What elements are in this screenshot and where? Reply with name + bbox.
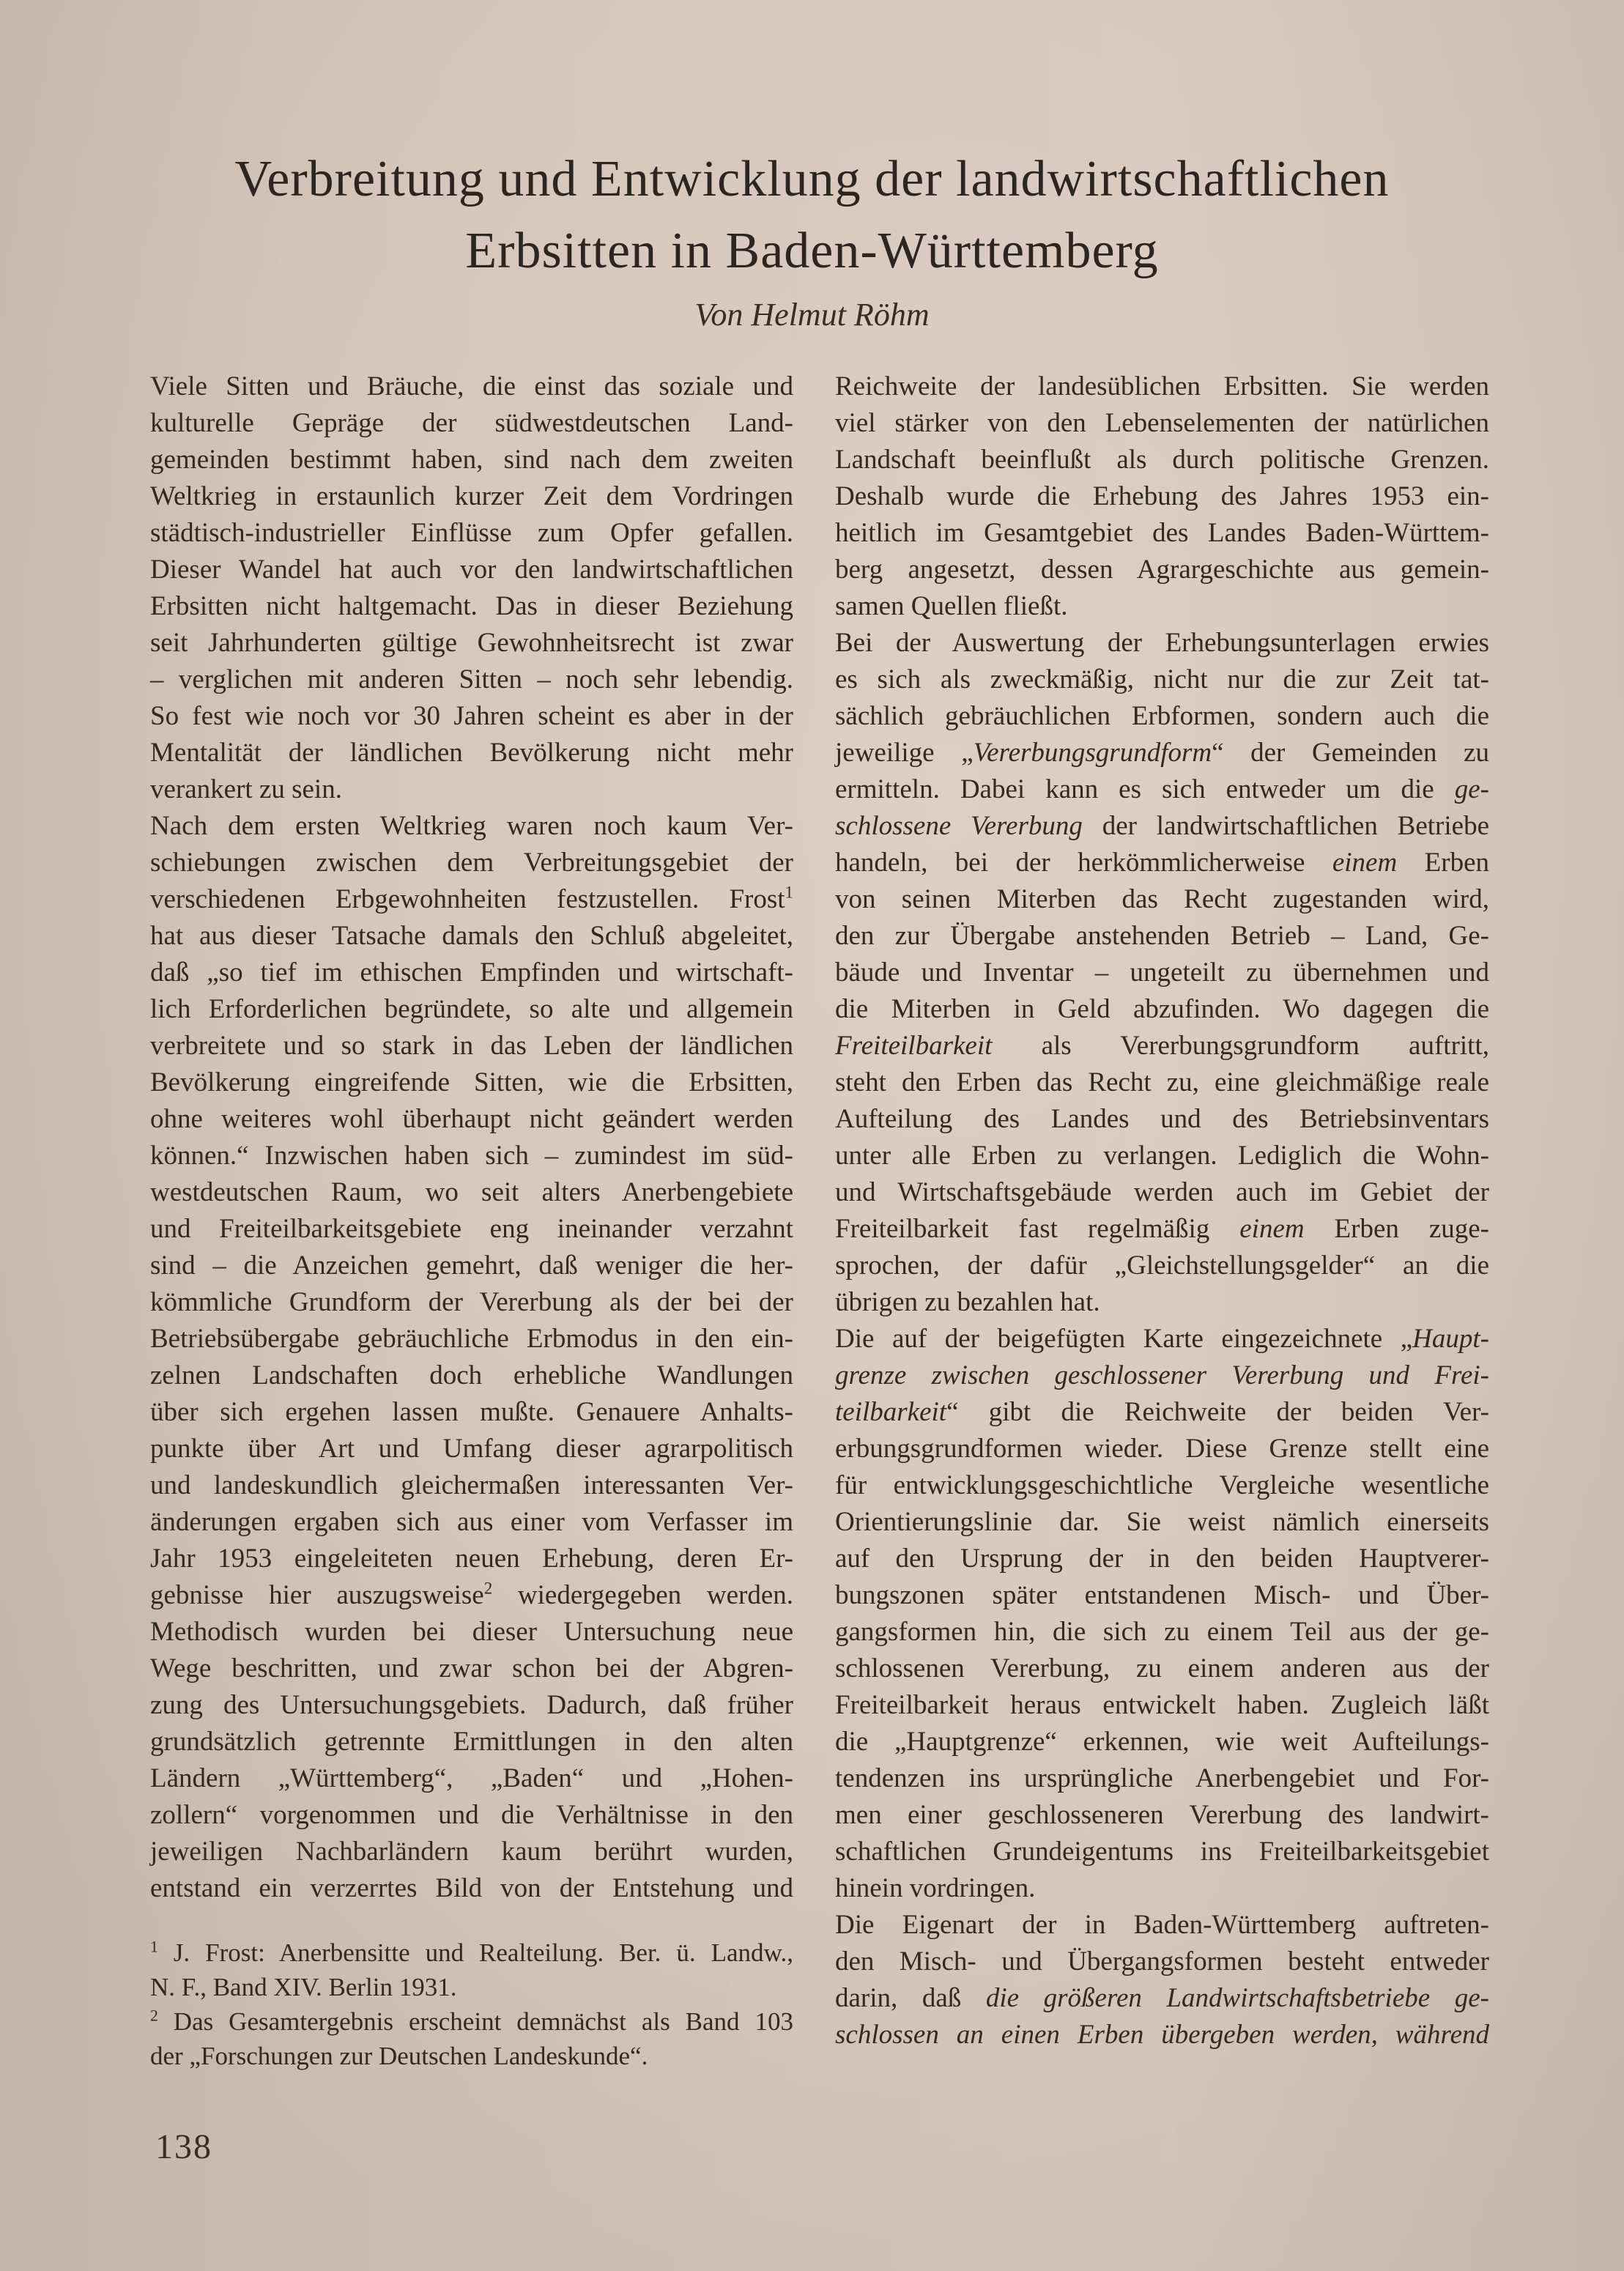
scanned-page: Verbreitung und Entwicklung der landwirt… (0, 0, 1624, 2271)
text-line: sind – die Anzeichen gemehrt, daß wenige… (150, 1248, 793, 1284)
text-line: auf den Ursprung der in den beiden Haupt… (835, 1541, 1489, 1577)
text-line: und landeskundlich gleichermaßen interes… (150, 1467, 793, 1504)
text-line: von seinen Miterben das Recht zugestande… (835, 881, 1489, 918)
text-line: Reichweite der landesüblichen Erbsitten.… (835, 368, 1489, 405)
text-line: Aufteilung des Landes und des Betriebsin… (835, 1101, 1489, 1138)
text-line: unter alle Erben zu verlangen. Lediglich… (835, 1138, 1489, 1174)
text-line: viel stärker von den Lebenselementen der… (835, 405, 1489, 442)
text-line: heitlich im Gesamtgebiet des Landes Bade… (835, 515, 1489, 552)
text-line: Die Eigenart der in Baden-Württemberg au… (835, 1907, 1489, 1944)
text-line: verbreitete und so stark in das Leben de… (150, 1028, 793, 1064)
text-line: samen Quellen fließt. (835, 588, 1489, 625)
text-line: bäude und Inventar – ungeteilt zu überne… (835, 955, 1489, 991)
text-line: den Misch- und Übergangsformen besteht e… (835, 1944, 1489, 1980)
text-line: Betriebsübergabe gebräuchliche Erbmodus … (150, 1321, 793, 1357)
text-line: gangsformen hin, die sich zu einem Teil … (835, 1614, 1489, 1651)
text-line: schiebungen zwischen dem Verbreitungsgeb… (150, 845, 793, 881)
text-line: men einer geschlosseneren Vererbung des … (835, 1797, 1489, 1834)
text-line: Bei der Auswertung der Erhebungsunterlag… (835, 625, 1489, 662)
text-line: hinein vordringen. (835, 1870, 1489, 1907)
text-line: jeweilige „Vererbungsgrundform“ der Geme… (835, 735, 1489, 771)
text-line: lich Erforderlichen begründete, so alte … (150, 991, 793, 1028)
article-byline: Von Helmut Röhm (0, 296, 1624, 333)
text-line: sächlich gebräuchlichen Erbformen, sonde… (835, 698, 1489, 735)
text-line: Nach dem ersten Weltkrieg waren noch kau… (150, 808, 793, 845)
footnotes: 1 J. Frost: Anerbensitte und Realteilung… (150, 1935, 793, 2073)
text-line: Freiteilbarkeit fast regelmäßig einem Er… (835, 1211, 1489, 1248)
text-line: 1 J. Frost: Anerbensitte und Realteilung… (150, 1935, 793, 1970)
text-line: westdeutschen Raum, wo seit alters Anerb… (150, 1174, 793, 1211)
text-line: änderungen ergaben sich aus einer vom Ve… (150, 1504, 793, 1541)
text-line: zung des Untersuchungsgebiets. Dadurch, … (150, 1687, 793, 1724)
text-line: grundsätzlich getrennte Ermittlungen in … (150, 1724, 793, 1760)
text-line: Viele Sitten und Bräuche, die einst das … (150, 368, 793, 405)
text-line: punkte über Art und Umfang dieser agrarp… (150, 1431, 793, 1467)
text-line: erbungsgrundformen wieder. Diese Grenze … (835, 1431, 1489, 1467)
text-line: über sich ergehen lassen mußte. Genauere… (150, 1394, 793, 1431)
text-line: Mentalität der ländlichen Bevölkerung ni… (150, 735, 793, 771)
text-line: kömmliche Grundform der Vererbung als de… (150, 1284, 793, 1321)
text-line: städtisch-industrieller Einflüsse zum Op… (150, 515, 793, 552)
text-line: verankert zu sein. (150, 771, 793, 808)
article-title-line1: Verbreitung und Entwicklung der landwirt… (234, 151, 1389, 207)
text-line: Erbsitten nicht haltgemacht. Das in dies… (150, 588, 793, 625)
text-line: grenze zwischen geschlossener Vererbung … (835, 1357, 1489, 1394)
column-right: Reichweite der landesüblichen Erbsitten.… (835, 368, 1489, 2053)
text-line: übrigen zu bezahlen hat. (835, 1284, 1489, 1321)
text-line: bungszonen später entstandenen Misch- un… (835, 1577, 1489, 1614)
article-title-line2: Erbsitten in Baden-Württemberg (465, 223, 1158, 279)
text-line: die Miterben in Geld abzufinden. Wo dage… (835, 991, 1489, 1028)
text-line: Orientierungslinie dar. Sie weist nämlic… (835, 1504, 1489, 1541)
text-line: N. F., Band XIV. Berlin 1931. (150, 1970, 793, 2004)
text-line: gebnisse hier auszugsweise2 wiedergegebe… (150, 1577, 793, 1614)
text-line: kulturelle Gepräge der südwestdeutschen … (150, 405, 793, 442)
text-line: So fest wie noch vor 30 Jahren scheint e… (150, 698, 793, 735)
text-line: – verglichen mit anderen Sitten – noch s… (150, 662, 793, 698)
text-line: teilbarkeit“ gibt die Reichweite der bei… (835, 1394, 1489, 1431)
text-line: zelnen Landschaften doch erhebliche Wand… (150, 1357, 793, 1394)
text-line: und Wirtschaftsgebäude werden auch im Ge… (835, 1174, 1489, 1211)
text-line: den zur Übergabe anstehenden Betrieb – L… (835, 918, 1489, 955)
text-line: Dieser Wandel hat auch vor den landwirts… (150, 552, 793, 588)
text-line: für entwicklungsgeschichtliche Vergleich… (835, 1467, 1489, 1504)
column-left: Viele Sitten und Bräuche, die einst das … (150, 368, 793, 1907)
text-line: jeweiligen Nachbarländern kaum berührt w… (150, 1834, 793, 1870)
text-line: Ländern „Württemberg“, „Baden“ und „Hohe… (150, 1760, 793, 1797)
text-line: können.“ Inzwischen haben sich – zuminde… (150, 1138, 793, 1174)
text-line: sprochen, der dafür „Gleichstellungsgeld… (835, 1248, 1489, 1284)
text-line: handeln, bei der herkömmlicherweise eine… (835, 845, 1489, 881)
text-line: Methodisch wurden bei dieser Untersuchun… (150, 1614, 793, 1651)
text-line: entstand ein verzerrtes Bild von der Ent… (150, 1870, 793, 1907)
text-line: darin, daß die größeren Landwirtschaftsb… (835, 1980, 1489, 2017)
text-line: Deshalb wurde die Erhebung des Jahres 19… (835, 478, 1489, 515)
text-line: ohne weiteres wohl überhaupt nicht geänd… (150, 1101, 793, 1138)
text-line: und Freiteilbarkeitsgebiete eng ineinand… (150, 1211, 793, 1248)
text-line: es sich als zweckmäßig, nicht nur die zu… (835, 662, 1489, 698)
page-number: 138 (155, 2127, 212, 2167)
text-line: 2 Das Gesamtergebnis erscheint demnächst… (150, 2004, 793, 2039)
text-line: der „Forschungen zur Deutschen Landeskun… (150, 2039, 793, 2073)
text-line: schlossenen Vererbung, zu einem anderen … (835, 1651, 1489, 1687)
text-line: berg angesetzt, dessen Agrargeschichte a… (835, 552, 1489, 588)
text-line: Die auf der beigefügten Karte eingezeich… (835, 1321, 1489, 1357)
text-line: schlossene Vererbung der landwirtschaftl… (835, 808, 1489, 845)
text-line: seit Jahrhunderten gültige Gewohnheitsre… (150, 625, 793, 662)
text-line: schaftlichen Grundeigentums ins Freiteil… (835, 1834, 1489, 1870)
text-line: die „Hauptgrenze“ erkennen, wie weit Auf… (835, 1724, 1489, 1760)
text-line: Bevölkerung eingreifende Sitten, wie die… (150, 1064, 793, 1101)
text-line: Wege beschritten, und zwar schon bei der… (150, 1651, 793, 1687)
text-line: Freiteilbarkeit als Vererbungsgrundform … (835, 1028, 1489, 1064)
text-line: Landschaft beeinflußt als durch politisc… (835, 442, 1489, 478)
text-line: hat aus dieser Tatsache damals den Schlu… (150, 918, 793, 955)
text-line: Freiteilbarkeit heraus entwickelt haben.… (835, 1687, 1489, 1724)
text-line: Jahr 1953 eingeleiteten neuen Erhebung, … (150, 1541, 793, 1577)
text-line: steht den Erben das Recht zu, eine gleic… (835, 1064, 1489, 1101)
text-line: gemeinden bestimmt haben, sind nach dem … (150, 442, 793, 478)
text-line: ermitteln. Dabei kann es sich entweder u… (835, 771, 1489, 808)
article-title: Verbreitung und Entwicklung der landwirt… (0, 144, 1624, 287)
text-line: zollern“ vorgenommen und die Verhältniss… (150, 1797, 793, 1834)
text-line: verschiedenen Erbgewohnheiten festzustel… (150, 881, 793, 918)
text-line: Weltkrieg in erstaunlich kurzer Zeit dem… (150, 478, 793, 515)
text-line: schlossen an einen Erben übergeben werde… (835, 2017, 1489, 2053)
text-line: tendenzen ins ursprüngliche Anerbengebie… (835, 1760, 1489, 1797)
text-line: daß „so tief im ethischen Empfinden und … (150, 955, 793, 991)
